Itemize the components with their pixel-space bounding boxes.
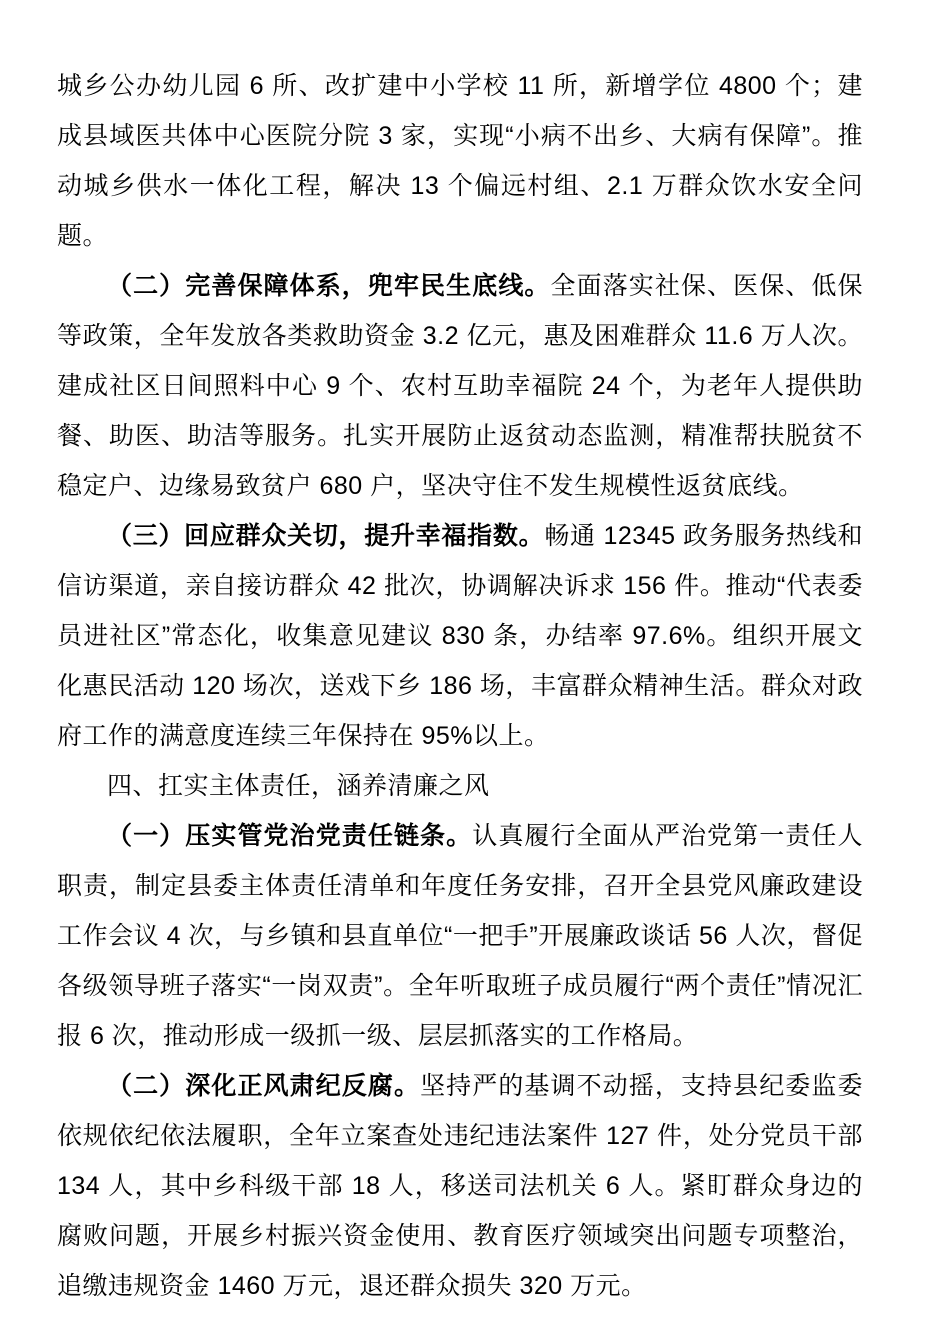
paragraph-public-concerns: （三）回应群众关切，提升幸福指数。畅通 12345 政务服务热线和信访渠道，亲自… <box>57 511 863 761</box>
document-page: 城乡公办幼儿园 6 所、改扩建中小学校 11 所，新增学位 4800 个；建成县… <box>0 0 950 1344</box>
paragraph-text: 畅通 12345 政务服务热线和信访渠道，亲自接访群众 42 批次，协调解决诉求… <box>57 522 863 750</box>
paragraph-text: 全面落实社保、医保、低保等政策，全年发放各类救助资金 3.2 亿元，惠及困难群众… <box>57 272 863 500</box>
paragraph-anti-corruption: （二）深化正风肃纪反腐。坚持严的基调不动摇，支持县纪委监委依规依纪依法履职，全年… <box>57 1061 863 1311</box>
section-heading-four: 四、扛实主体责任，涵养清廉之风 <box>57 761 863 811</box>
run-in-heading-social-security: （二）完善保障体系，兜牢民生底线。 <box>107 272 551 300</box>
paragraph-text: 认真履行全面从严治党第一责任人职责，制定县委主体责任清单和年度任务安排，召开全县… <box>57 822 863 1050</box>
document-body: 城乡公办幼儿园 6 所、改扩建中小学校 11 所，新增学位 4800 个；建成县… <box>0 0 950 1311</box>
paragraph-party-responsibility: （一）压实管党治党责任链条。认真履行全面从严治党第一责任人职责，制定县委主体责任… <box>57 811 863 1061</box>
paragraph-text: 坚持严的基调不动摇，支持县纪委监委依规依纪依法履职，全年立案查处违纪违法案件 1… <box>57 1072 863 1300</box>
section-heading-text: 四、扛实主体责任，涵养清廉之风 <box>107 772 490 800</box>
run-in-heading-public-concerns: （三）回应群众关切，提升幸福指数。 <box>107 522 544 550</box>
paragraph-social-security: （二）完善保障体系，兜牢民生底线。全面落实社保、医保、低保等政策，全年发放各类救… <box>57 261 863 511</box>
paragraph-text: 城乡公办幼儿园 6 所、改扩建中小学校 11 所，新增学位 4800 个；建成县… <box>57 72 863 250</box>
run-in-heading-anti-corruption: （二）深化正风肃纪反腐。 <box>107 1072 420 1100</box>
paragraph-continuation-people-livelihood: 城乡公办幼儿园 6 所、改扩建中小学校 11 所，新增学位 4800 个；建成县… <box>57 61 863 261</box>
run-in-heading-party-responsibility: （一）压实管党治党责任链条。 <box>107 822 472 850</box>
